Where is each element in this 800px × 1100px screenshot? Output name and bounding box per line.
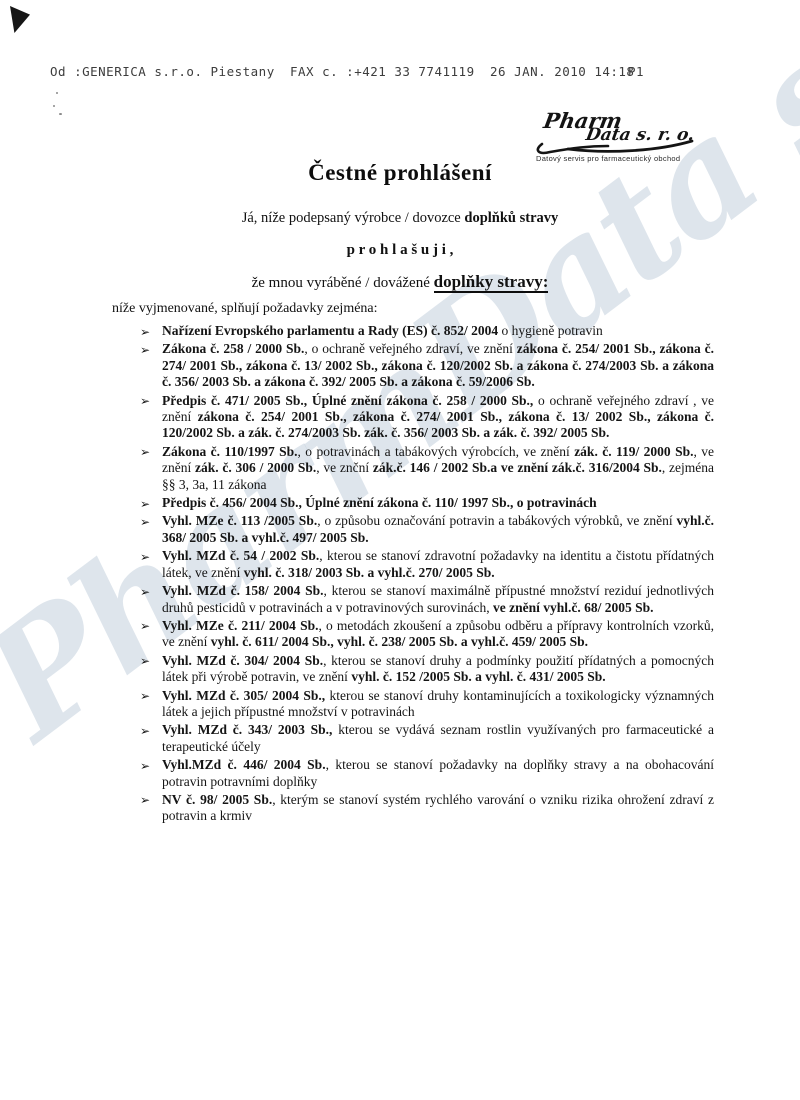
regulation-ref-bold: Vyhl. MZd č. 54 / 2002 Sb.	[162, 548, 319, 563]
regulation-ref-bold: Zákona č. 110/1997 Sb.	[162, 444, 298, 459]
intro-line-1: Já, níže podepsaný výrobce / dovozce dop…	[0, 210, 800, 227]
bullet-arrow-icon: ➢	[140, 653, 150, 669]
list-intro-text: níže vyjmenované, splňují požadavky zejm…	[112, 301, 378, 317]
regulation-ref-bold: Zákona č. 258 / 2000 Sb.	[162, 341, 304, 356]
pharmdata-logo: Pharm Data s. r. o. Datový servis pro fa…	[528, 108, 700, 168]
list-item: ➢Vyhl. MZd č. 304/ 2004 Sb., kterou se s…	[140, 653, 714, 686]
regulation-ref-bold: ve znění vyhl.č. 68/ 2005 Sb.	[493, 600, 654, 615]
regulation-ref-bold: zák. č. 306 / 2000 Sb.	[195, 460, 316, 475]
document-page: { "page": { "fax_header": { "from": "Od …	[0, 0, 800, 1100]
regulation-text: , ve znční	[316, 460, 373, 475]
bullet-arrow-icon: ➢	[140, 496, 150, 512]
fax-datetime: 26 JAN. 2010 14:18	[490, 64, 634, 79]
regulation-ref-bold: Předpis č. 456/ 2004 Sb., Úplné znění zá…	[162, 495, 597, 510]
list-item: ➢Zákona č. 258 / 2000 Sb., o ochraně veř…	[140, 341, 714, 390]
intro-line-2: že mnou vyráběné / dovážené doplňky stra…	[0, 272, 800, 292]
bullet-arrow-icon: ➢	[140, 342, 150, 358]
list-item: ➢Zákona č. 110/1997 Sb., o potravinách a…	[140, 444, 714, 493]
list-item: ➢Vyhl. MZe č. 113 /2005 Sb., o způsobu o…	[140, 513, 714, 546]
bullet-arrow-icon: ➢	[140, 723, 150, 739]
regulation-ref-bold: Vyhl. MZe č. 113 /2005 Sb.	[162, 513, 317, 528]
list-item: ➢Vyhl.MZd č. 446/ 2004 Sb., kterou se st…	[140, 757, 714, 790]
regulation-text: , o ochraně veřejného zdraví, ve znění	[304, 341, 516, 356]
list-item: ➢Vyhl. MZe č. 211/ 2004 Sb., o metodách …	[140, 618, 714, 651]
fax-header: Od :GENERICA s.r.o. Piestany FAX c. :+42…	[50, 64, 690, 82]
regulation-list: ➢Nařízení Evropského parlamentu a Rady (…	[140, 323, 714, 827]
regulation-ref-bold: NV č. 98/ 2005 Sb.	[162, 792, 272, 807]
bullet-arrow-icon: ➢	[140, 514, 150, 530]
list-item: ➢Vyhl. MZd č. 305/ 2004 Sb., kterou se s…	[140, 688, 714, 721]
bullet-arrow-icon: ➢	[140, 758, 150, 774]
regulation-text: , o potravinách a tabákových výrobcích, …	[298, 444, 575, 459]
list-item: ➢NV č. 98/ 2005 Sb., kterým se stanoví s…	[140, 792, 714, 825]
bullet-arrow-icon: ➢	[140, 444, 150, 460]
intro-line-1-bold: doplňků stravy	[464, 210, 558, 226]
bullet-arrow-icon: ➢	[140, 688, 150, 704]
regulation-ref-bold: Předpis č. 471/ 2005 Sb., Úplné znění zá…	[162, 393, 533, 408]
intro-line-2-text: že mnou vyráběné / dovážené	[252, 275, 434, 291]
regulation-ref-bold: Vyhl. MZe č. 211/ 2004 Sb.	[162, 618, 318, 633]
regulation-ref-bold: vyhl. č. 152 /2005 Sb. a vyhl. č. 431/ 2…	[351, 669, 605, 684]
scan-speckle	[56, 92, 58, 94]
fax-sender: Od :GENERICA s.r.o. Piestany	[50, 64, 275, 79]
regulation-ref-bold: Vyhl. MZd č. 343/ 2003 Sb.,	[162, 722, 332, 737]
intro-line-1-text: Já, níže podepsaný výrobce / dovozce	[242, 210, 465, 226]
regulation-ref-bold: zák.č. 146 / 2002 Sb.a ve znění zák.č. 3…	[373, 460, 662, 475]
bullet-arrow-icon: ➢	[140, 324, 150, 340]
list-item: ➢Nařízení Evropského parlamentu a Rady (…	[140, 323, 714, 339]
regulation-ref-bold: Vyhl. MZd č. 305/ 2004 Sb.,	[162, 688, 325, 703]
intro-line-2-bold-underline: doplňky stravy:	[434, 272, 549, 293]
regulation-ref-bold: Nařízení Evropského parlamentu a Rady (E…	[162, 323, 498, 338]
regulation-ref-bold: Vyhl.MZd č. 446/ 2004 Sb.	[162, 757, 326, 772]
fax-page-number: P1	[628, 64, 644, 79]
regulation-ref-bold: zákona č. 254/ 2001 Sb., zákona č. 274/ …	[162, 409, 714, 440]
scan-corner-artifact	[10, 6, 30, 33]
list-item: ➢Vyhl. MZd č. 54 / 2002 Sb., kterou se s…	[140, 548, 714, 581]
regulation-ref-bold: zák. č. 119/ 2000 Sb.	[574, 444, 693, 459]
regulation-ref-bold: Vyhl. MZd č. 158/ 2004 Sb.	[162, 583, 323, 598]
regulation-ref-bold: Vyhl. MZd č. 304/ 2004 Sb.	[162, 653, 323, 668]
bullet-arrow-icon: ➢	[140, 618, 150, 634]
regulation-text: , o způsobu označování potravin a tabáko…	[317, 513, 676, 528]
scan-speckle	[59, 113, 62, 115]
list-item: ➢Předpis č. 471/ 2005 Sb., Úplné znění z…	[140, 393, 714, 442]
list-item: ➢Předpis č. 456/ 2004 Sb., Úplné znění z…	[140, 495, 714, 511]
bullet-arrow-icon: ➢	[140, 393, 150, 409]
bullet-arrow-icon: ➢	[140, 792, 150, 808]
scan-speckle	[53, 105, 55, 107]
list-item: ➢Vyhl. MZd č. 343/ 2003 Sb., kterou se v…	[140, 722, 714, 755]
bullet-arrow-icon: ➢	[140, 584, 150, 600]
logo-tagline: Datový servis pro farmaceutický obchod	[536, 154, 700, 163]
regulation-ref-bold: vyhl. č. 611/ 2004 Sb., vyhl. č. 238/ 20…	[211, 634, 588, 649]
declare-word: p r o h l a š u j i ,	[0, 242, 800, 259]
bullet-arrow-icon: ➢	[140, 549, 150, 565]
list-item: ➢Vyhl. MZd č. 158/ 2004 Sb., kterou se s…	[140, 583, 714, 616]
regulation-text: o hygieně potravin	[498, 323, 603, 338]
fax-number: FAX c. :+421 33 7741119	[290, 64, 475, 79]
regulation-ref-bold: vyhl. č. 318/ 2003 Sb. a vyhl.č. 270/ 20…	[244, 565, 495, 580]
